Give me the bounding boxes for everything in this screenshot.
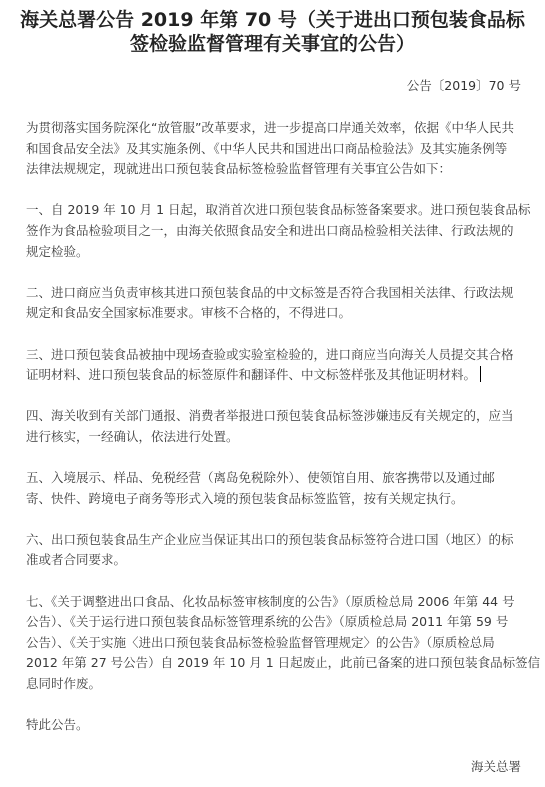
paragraph-preamble: 为贯彻落实国务院深化“放管服”改革要求，进一步提高口岸通关效率，依据《中华人民共… xyxy=(26,118,521,180)
text-line: 为贯彻落实国务院深化“放管服”改革要求，进一步提高口岸通关效率，依据《中华人民共 xyxy=(26,118,521,139)
text-line: 特此公告。 xyxy=(26,715,521,736)
paragraph-item-7: 七、《关于调整进出口食品、化妆品标签审核制度的公告》（原质检总局 2006 年第… xyxy=(26,592,521,695)
text-line: 进行核实，一经确认，依法进行处置。 xyxy=(26,427,521,448)
paragraph-item-4: 四、海关收到有关部门通报、消费者举报进口预包装食品标签涉嫌违反有关规定的，应当 … xyxy=(26,406,521,447)
paragraph-item-6: 六、出口预包装食品生产企业应当保证其出口的预包装食品标签符合进口国（地区）的标 … xyxy=(26,530,521,571)
document-body[interactable]: 为贯彻落实国务院深化“放管服”改革要求，进一步提高口岸通关效率，依据《中华人民共… xyxy=(26,118,521,756)
document-number: 公告〔2019〕70 号 xyxy=(407,78,521,94)
text-line: 寄、快件、跨境电子商务等形式入境的预包装食品标签监管，按有关规定执行。 xyxy=(26,489,521,510)
text-line: 六、出口预包装食品生产企业应当保证其出口的预包装食品标签符合进口国（地区）的标 xyxy=(26,530,521,551)
title-line-2: 签检验监督管理有关事宜的公告） xyxy=(0,32,545,56)
text-line: 五、入境展示、样品、免税经营（离岛免税除外）、使领馆自用、旅客携带以及通过邮 xyxy=(26,468,521,489)
title-line-1: 海关总署公告 2019 年第 70 号（关于进出口预包装食品标 xyxy=(0,8,545,32)
text-line: 签作为食品检验项目之一，由海关依照食品安全和进出口商品检验相关法律、行政法规的 xyxy=(26,221,521,242)
text-line: 二、进口商应当负责审核其进口预包装食品的中文标签是否符合我国相关法律、行政法规 xyxy=(26,283,521,304)
paragraph-item-1: 一、自 2019 年 10 月 1 日起，取消首次进口预包装食品标签备案要求。进… xyxy=(26,200,521,262)
signature: 海关总署 xyxy=(471,759,521,775)
text-line-with-caret: 证明材料、进口预包装食品的标签原件和翻译件、中文标签样张及其他证明材料。 xyxy=(26,365,521,386)
text-line: 息同时作废。 xyxy=(26,674,521,695)
text-line: 四、海关收到有关部门通报、消费者举报进口预包装食品标签涉嫌违反有关规定的，应当 xyxy=(26,406,521,427)
text-line: 和国食品安全法》及其实施条例、《中华人民共和国进出口商品检验法》及其实施条例等 xyxy=(26,139,521,160)
text-line: 公告）、《关于实施〈进出口预包装食品标签检验监督管理规定〉的公告》（原质检总局 xyxy=(26,633,521,654)
text-line: 2012 年第 27 号公告）自 2019 年 10 月 1 日起废止，此前已备… xyxy=(26,653,521,674)
paragraph-item-2: 二、进口商应当负责审核其进口预包装食品的中文标签是否符合我国相关法律、行政法规 … xyxy=(26,283,521,324)
paragraph-item-3: 三、进口预包装食品被抽中现场查验或实验室检验的，进口商应当向海关人员提交其合格 … xyxy=(26,345,521,386)
text-line: 准或者合同要求。 xyxy=(26,550,521,571)
text-line: 三、进口预包装食品被抽中现场查验或实验室检验的，进口商应当向海关人员提交其合格 xyxy=(26,345,521,366)
text-cursor xyxy=(480,366,481,382)
text-line: 证明材料、进口预包装食品的标签原件和翻译件、中文标签样张及其他证明材料。 xyxy=(26,367,476,382)
text-line: 规定和食品安全国家标准要求。审核不合格的，不得进口。 xyxy=(26,303,521,324)
text-line: 法律法规规定，现就进出口预包装食品标签检验监督管理有关事宜公告如下： xyxy=(26,159,521,180)
text-line: 一、自 2019 年 10 月 1 日起，取消首次进口预包装食品标签备案要求。进… xyxy=(26,200,521,221)
text-line: 七、《关于调整进出口食品、化妆品标签审核制度的公告》（原质检总局 2006 年第… xyxy=(26,592,521,613)
text-line: 公告）、《关于运行进口预包装食品标签管理系统的公告》（原质检总局 2011 年第… xyxy=(26,612,521,633)
paragraph-closing: 特此公告。 xyxy=(26,715,521,736)
text-line: 规定检验。 xyxy=(26,242,521,263)
document-title: 海关总署公告 2019 年第 70 号（关于进出口预包装食品标 签检验监督管理有… xyxy=(0,8,545,56)
paragraph-item-5: 五、入境展示、样品、免税经营（离岛免税除外）、使领馆自用、旅客携带以及通过邮 寄… xyxy=(26,468,521,509)
